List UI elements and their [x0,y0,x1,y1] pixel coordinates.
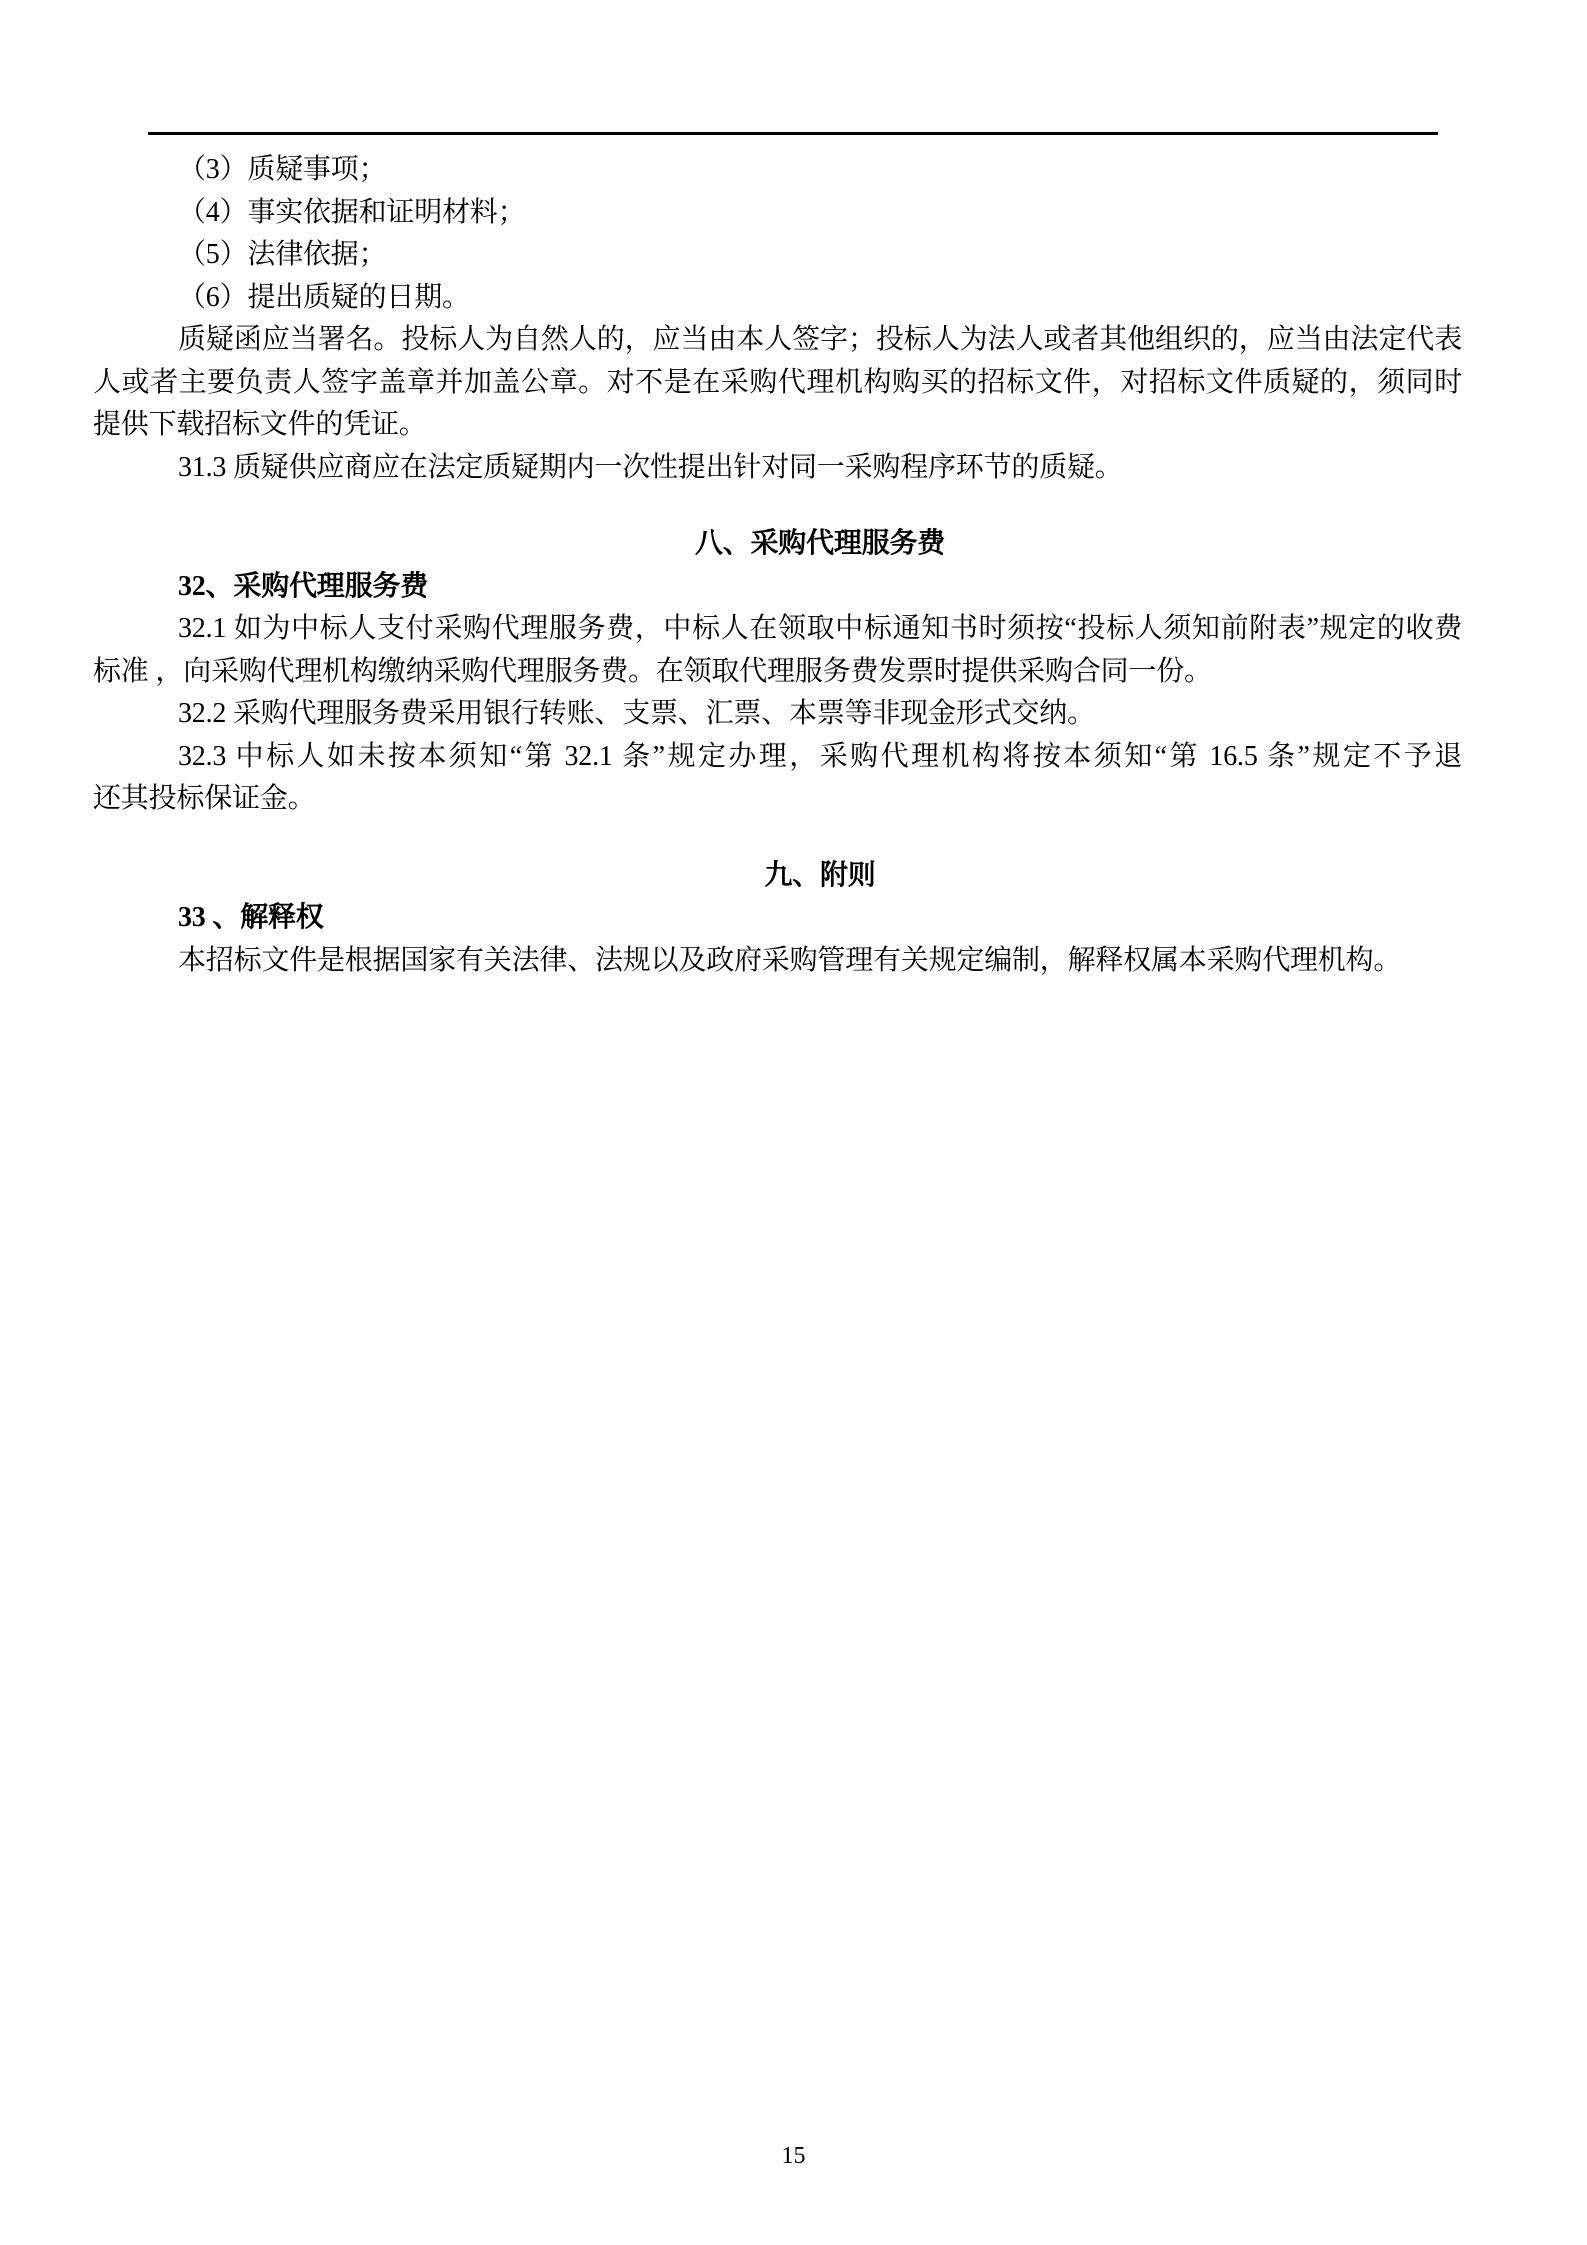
section-heading-9: 九、附则 [93,855,1462,898]
numbered-item-5: （5）法律依据； [93,234,1462,277]
section-heading-8: 八、采购代理服务费 [93,523,1462,566]
numbered-item-4: （4）事实依据和证明材料； [93,192,1462,235]
doc-content: （3）质疑事项； （4）事实依据和证明材料； （5）法律依据； （6）提出质疑的… [93,149,1462,982]
clause-32-1-line: 标准 ，向采购代理机构缴纳采购代理服务费。在领取代理服务费发票时提供采购合同一份… [93,651,1462,694]
signature-paragraph-line: 提供下载招标文件的凭证。 [93,404,1462,447]
section-subheading-32: 32、采购代理服务费 [93,566,1462,609]
section-subheading-33: 33 、解释权 [93,897,1462,940]
closing-paragraph: 本招标文件是根据国家有关法律、法规以及政府采购管理有关规定编制，解释权属本采购代… [93,940,1462,983]
clause-32-2: 32.2 采购代理服务费采用银行转账、支票、汇票、本票等非现金形式交纳。 [93,693,1462,736]
signature-paragraph-line: 质疑函应当署名。投标人为自然人的，应当由本人签字；投标人为法人或者其他组织的，应… [93,319,1462,362]
page-number: 15 [0,2144,1587,2168]
clause-32-3-line: 32.3 中标人如未按本须知“第 32.1 条”规定办理，采购代理机构将按本须知… [93,736,1462,779]
clause-32-1-line: 32.1 如为中标人支付采购代理服务费，中标人在领取中标通知书时须按“投标人须知… [93,608,1462,651]
signature-paragraph-line: 人或者主要负责人签字盖章并加盖公章。对不是在采购代理机构购买的招标文件，对招标文… [93,362,1462,405]
header-rule [148,132,1438,135]
clause-31-3: 31.3 质疑供应商应在法定质疑期内一次性提出针对同一采购程序环节的质疑。 [93,447,1462,490]
clause-32-3-line: 还其投标保证金。 [93,778,1462,821]
numbered-item-6: （6）提出质疑的日期。 [93,277,1462,320]
numbered-item-3: （3）质疑事项； [93,149,1462,192]
